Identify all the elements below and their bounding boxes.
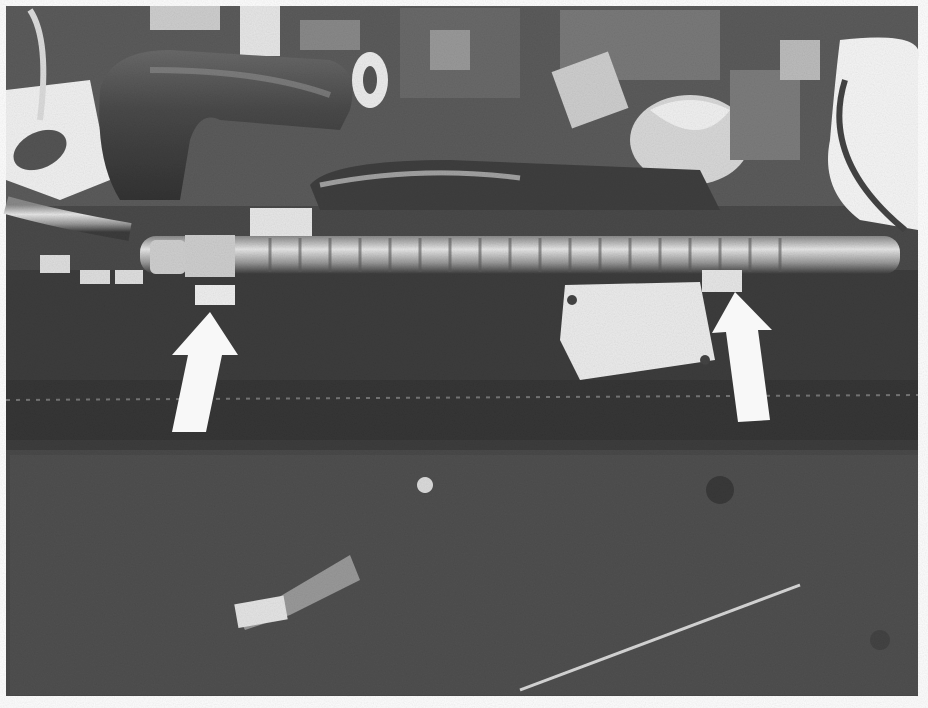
engine-bay-photo bbox=[0, 0, 928, 708]
label-tag bbox=[250, 208, 312, 238]
